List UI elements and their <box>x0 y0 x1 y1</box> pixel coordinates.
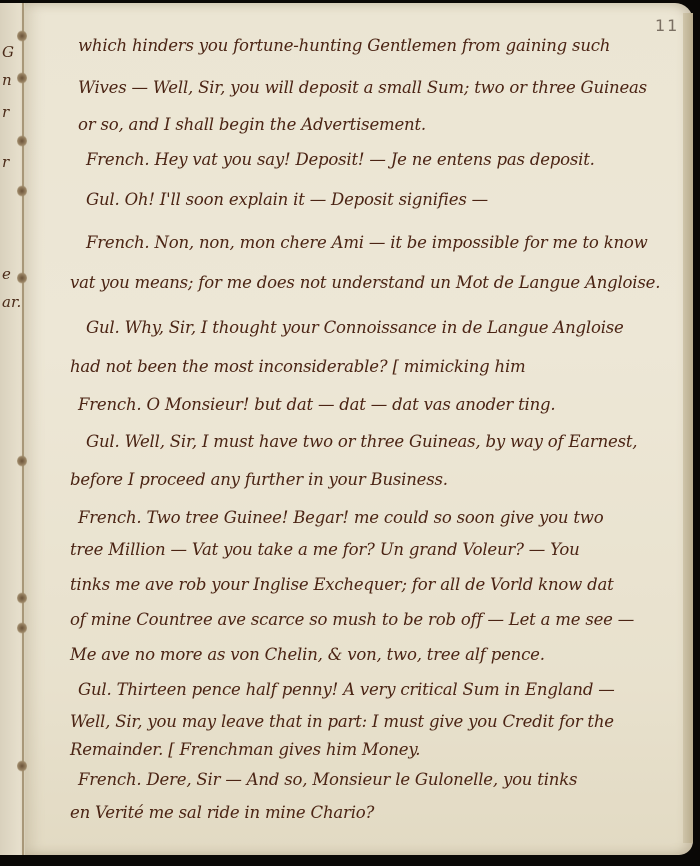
binding-stitch-icon <box>17 272 27 284</box>
folio-number: 11 <box>655 16 679 35</box>
binding-stitch-icon <box>17 455 27 467</box>
facing-page-fragment: r <box>2 153 9 171</box>
manuscript-line: before I proceed any further in your Bus… <box>70 470 448 489</box>
binding-gutter <box>22 3 24 855</box>
facing-page-fragment: n <box>2 71 12 89</box>
manuscript-line: Wives — Well, Sir, you will deposit a sm… <box>78 78 647 97</box>
manuscript-line: Remainder. [ Frenchman gives him Money. <box>70 740 420 759</box>
facing-page-fragment: G <box>2 43 14 61</box>
manuscript-line: tree Million — Vat you take a me for? Un… <box>70 540 580 559</box>
binding-stitch-icon <box>17 592 27 604</box>
page-edge <box>683 13 693 843</box>
manuscript-line: or so, and I shall begin the Advertiseme… <box>78 115 426 134</box>
manuscript-line: Gul. Thirteen pence half penny! A very c… <box>78 680 615 699</box>
manuscript-line: French. O Monsieur! but dat — dat — dat … <box>78 395 555 414</box>
facing-page-fragment: r <box>2 103 9 121</box>
manuscript-line: vat you means; for me does not understan… <box>70 273 660 292</box>
manuscript-line: French. Non, non, mon chere Ami — it be … <box>86 233 648 252</box>
facing-page-fragment: e <box>2 265 11 283</box>
facing-page-fragment: ar. <box>2 293 21 311</box>
manuscript-line: Gul. Why, Sir, I thought your Connoissan… <box>86 318 624 337</box>
binding-stitch-icon <box>17 135 27 147</box>
manuscript-line: en Verité me sal ride in mine Chario? <box>70 803 374 822</box>
manuscript-line: had not been the most inconsiderable? [ … <box>70 357 526 376</box>
binding-stitch-icon <box>17 30 27 42</box>
manuscript-line: French. Two tree Guinee! Begar! me could… <box>78 508 603 527</box>
manuscript-line: Gul. Oh! I'll soon explain it — Deposit … <box>86 190 488 209</box>
manuscript-line: Well, Sir, you may leave that in part: I… <box>70 712 614 731</box>
binding-stitch-icon <box>17 760 27 772</box>
manuscript-line: Gul. Well, Sir, I must have two or three… <box>86 432 637 451</box>
manuscript-line: French. Dere, Sir — And so, Monsieur le … <box>78 770 577 789</box>
binding-stitch-icon <box>17 72 27 84</box>
manuscript-line: Me ave no more as von Chelin, & von, two… <box>70 645 545 664</box>
binding-stitch-icon <box>17 622 27 634</box>
manuscript-line: of mine Countree ave scarce so mush to b… <box>70 610 634 629</box>
binding-stitch-icon <box>17 185 27 197</box>
manuscript-line: tinks me ave rob your Inglise Exchequer;… <box>70 575 614 594</box>
manuscript-line: French. Hey vat you say! Deposit! — Je n… <box>86 150 595 169</box>
manuscript-line: which hinders you fortune-hunting Gentle… <box>78 36 610 55</box>
